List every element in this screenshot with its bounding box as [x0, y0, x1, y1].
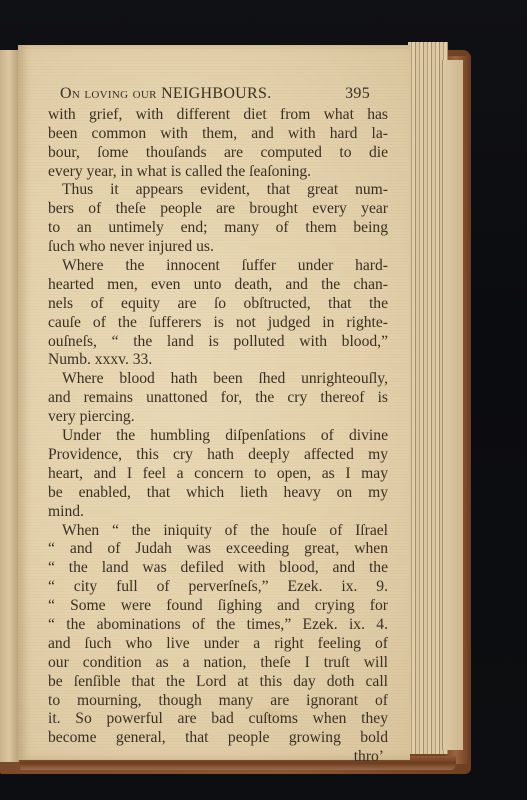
text-line: our condition as a nation, theſe I truſt…	[48, 654, 388, 673]
page-number: 395	[345, 85, 370, 104]
text-line: Where the innocent ſuffer under hard-	[48, 257, 388, 276]
text-line: cauſe of the ſufferers is not judged in …	[48, 314, 388, 333]
book-page: On loving our NEIGHBOURS. 395 with grief…	[18, 45, 410, 760]
text-line: with grief, with different diet from wha…	[48, 106, 388, 125]
text-line: be enabled, that which lieth heavy on my	[48, 484, 388, 503]
text-line: nels of equity are ſo obſtructed, that t…	[48, 295, 388, 314]
text-line: be ſenſible that the Lord at this day do…	[48, 673, 388, 692]
text-line: Under the humbling diſpenſations of divi…	[48, 427, 388, 446]
text-line: become general, that people growing bold	[48, 729, 388, 748]
left-gutter-page	[0, 50, 19, 762]
running-head: On loving our NEIGHBOURS. 395	[48, 85, 388, 104]
text-line: and remains unattoned for, the cry there…	[48, 389, 388, 408]
text-line: “ Some were found ſighing and crying for	[48, 597, 388, 616]
running-head-title: On loving our NEIGHBOURS.	[60, 85, 272, 104]
text-line: to mourning, though many are ignorant of	[48, 692, 388, 711]
text-line: hearted men, even unto death, and the ch…	[48, 276, 388, 295]
text-line: Numb. xxxv. 33.	[48, 351, 388, 370]
body-text: with grief, with different diet from wha…	[48, 106, 388, 748]
text-line: bers of theſe people are brought every y…	[48, 200, 388, 219]
text-line: Providence, this cry hath deeply affecte…	[48, 446, 388, 465]
inner-page-edge	[442, 60, 463, 750]
text-line: ſuch who never injured us.	[48, 238, 388, 257]
text-line: every year, in what is called the ſeaſon…	[48, 163, 388, 182]
text-line: “ the abominations of the times,” Ezek. …	[48, 616, 388, 635]
text-line: been common with them, and with hard la-	[48, 125, 388, 144]
text-line: “ city full of perverſneſs,” Ezek. ix. 9…	[48, 578, 388, 597]
text-line: When “ the iniquity of the houſe of Iſra…	[48, 522, 388, 541]
book-photo-scene: On loving our NEIGHBOURS. 395 with grief…	[0, 0, 527, 800]
text-line: “ the land was defiled with blood, and t…	[48, 559, 388, 578]
text-line: Where blood hath been ſhed unrighteouſly…	[48, 370, 388, 389]
text-line: mind.	[48, 503, 388, 522]
catchword: thro’	[48, 748, 388, 767]
text-line: it. So powerful are bad cuſtoms when the…	[48, 710, 388, 729]
text-line: bour, ſome thouſands are computed to die	[48, 144, 388, 163]
text-line: ouſneſs, “ the land is polluted with blo…	[48, 333, 388, 352]
page-text-block: On loving our NEIGHBOURS. 395 with grief…	[48, 85, 388, 767]
text-line: very piercing.	[48, 408, 388, 427]
text-line: Thus it appears evident, that great num-	[48, 181, 388, 200]
text-line: and ſuch who live under a right feeling …	[48, 635, 388, 654]
text-line: “ and of Judah was exceeding great, when	[48, 540, 388, 559]
text-line: to an untimely end; many of them being	[48, 219, 388, 238]
text-line: heart, and I feel a concern to open, as …	[48, 465, 388, 484]
